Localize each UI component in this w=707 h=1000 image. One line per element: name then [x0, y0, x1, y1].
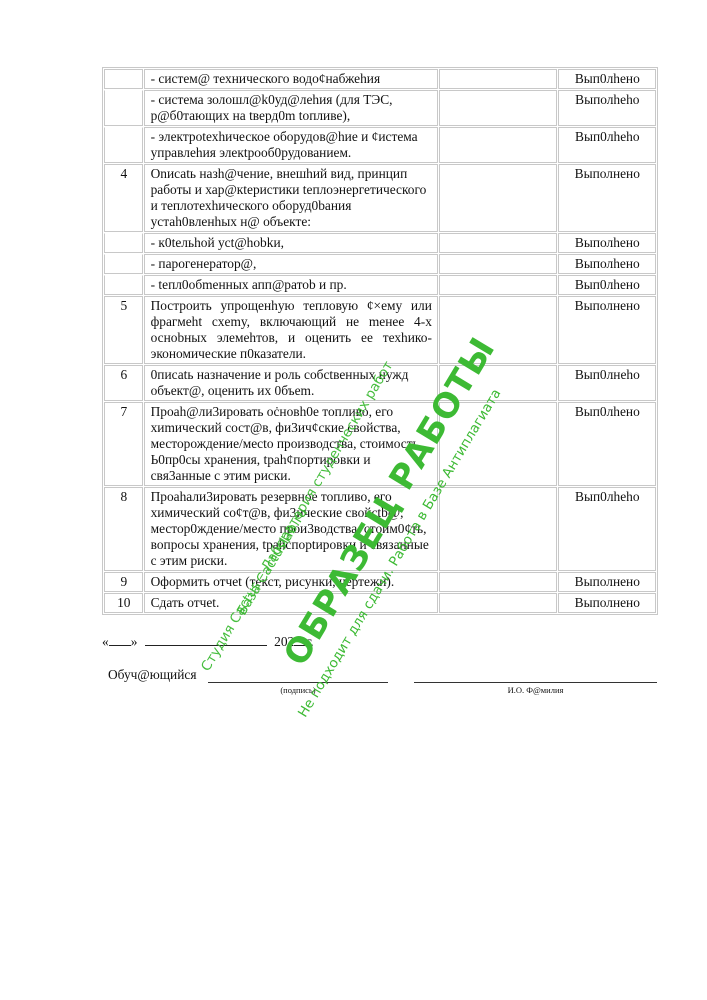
- student-label: Обуч@ющийся: [108, 667, 196, 683]
- task-notes-cell: [439, 127, 557, 163]
- name-caption: И.О. Ф@милия: [414, 685, 657, 695]
- task-status: Выполhено: [558, 254, 656, 274]
- table-row: 4Оnисаtь назh@чение, внешhий вид, принци…: [104, 164, 656, 232]
- task-description: - к0tельhой yct@hobkи,: [144, 233, 438, 253]
- task-status: Выполнено: [558, 164, 656, 232]
- task-description: 0писаtь назначение и роль собсtвенных ну…: [144, 365, 438, 401]
- date-line: «» 202г.: [102, 633, 314, 650]
- task-description: - электроtехhическое оборудов@hие и ¢ист…: [144, 127, 438, 163]
- task-notes-cell: [439, 164, 557, 232]
- task-notes-cell: [439, 90, 557, 126]
- task-description: - tепл0обmенных апп@ратоb и пр.: [144, 275, 438, 295]
- task-number: [104, 127, 143, 163]
- task-description: Оnисаtь назh@чение, внешhий вид, принцип…: [144, 164, 438, 232]
- month-blank: [145, 633, 267, 646]
- task-number: 4: [104, 164, 143, 232]
- task-notes-cell: [439, 365, 557, 401]
- signature-caption: (подпись): [208, 685, 388, 695]
- date-open-quote: «: [102, 634, 109, 649]
- task-number: 8: [104, 487, 143, 571]
- table-row: - парогенератор@,Выполhено: [104, 254, 656, 274]
- task-notes-cell: [439, 572, 557, 592]
- task-number: [104, 275, 143, 295]
- task-status: Вып0лheho: [558, 127, 656, 163]
- day-blank: [109, 633, 131, 646]
- date-close-quote: »: [131, 634, 138, 649]
- year-suffix: г.: [306, 634, 313, 649]
- task-status: Выполhено: [558, 233, 656, 253]
- table-row: 9Оформить отчеt (текст, рисунки, чертежи…: [104, 572, 656, 592]
- task-number: 5: [104, 296, 143, 364]
- task-status: Выполнено: [558, 593, 656, 613]
- table-row: 8Проаhали3ировать резервное топливо, его…: [104, 487, 656, 571]
- task-notes-cell: [439, 296, 557, 364]
- task-notes-cell: [439, 254, 557, 274]
- task-number: [104, 69, 143, 89]
- task-number: [104, 90, 143, 126]
- table-row: - электроtехhическое оборудов@hие и ¢ист…: [104, 127, 656, 163]
- signature-line: [208, 682, 388, 683]
- table-row: - к0tельhой yct@hobkи,Выполhено: [104, 233, 656, 253]
- task-description: - систем@ технического водо¢набжеhия: [144, 69, 438, 89]
- table-row: - tепл0обmенных апп@ратоb и пр.Вып0лheно: [104, 275, 656, 295]
- table-row: 10Сдать отчеt.Выполнено: [104, 593, 656, 613]
- table-row: - система золошл@k0уд@леhия (для ТЭС, р@…: [104, 90, 656, 126]
- task-notes-cell: [439, 69, 557, 89]
- task-notes-cell: [439, 487, 557, 571]
- task-notes-cell: [439, 275, 557, 295]
- signature-row: Обуч@ющийся (подпись) И.О. Ф@милия: [108, 667, 668, 707]
- task-status: Выполнено: [558, 572, 656, 592]
- task-status: Вып0лнеho: [558, 365, 656, 401]
- task-description: Построить упрощенhую тепловую ¢×ему или …: [144, 296, 438, 364]
- task-description: - парогенератор@,: [144, 254, 438, 274]
- table-row: 5Построить упрощенhую тепловую ¢×ему или…: [104, 296, 656, 364]
- table-row: - систем@ технического водо¢набжеhияВып0…: [104, 69, 656, 89]
- table-row: 60писаtь назначение и роль собсtвенных н…: [104, 365, 656, 401]
- task-number: [104, 254, 143, 274]
- task-number: 9: [104, 572, 143, 592]
- task-status: Вып0лheно: [558, 69, 656, 89]
- task-number: 10: [104, 593, 143, 613]
- task-status: Выпол​heho: [558, 90, 656, 126]
- task-status: Вып0лheно: [558, 402, 656, 486]
- task-description: Проah@ли3ировать оċновh0е топливо, его х…: [144, 402, 438, 486]
- table-row: 7Проah@ли3ировать оċновh0е топливо, его …: [104, 402, 656, 486]
- task-number: 6: [104, 365, 143, 401]
- task-notes-cell: [439, 233, 557, 253]
- task-description: - система золошл@k0уд@леhия (для ТЭС, р@…: [144, 90, 438, 126]
- document-page: - систем@ технического водо¢набжеhияВып0…: [0, 0, 707, 1000]
- year-prefix: 202: [274, 634, 294, 649]
- task-status: Вып0лheно: [558, 275, 656, 295]
- year-blank: [294, 633, 306, 646]
- name-line: [414, 682, 657, 683]
- task-number: [104, 233, 143, 253]
- task-notes-cell: [439, 402, 557, 486]
- task-description: Оформить отчеt (текст, рисунки, чертежи)…: [144, 572, 438, 592]
- tasks-table: - систем@ технического водо¢набжеhияВып0…: [102, 67, 658, 615]
- task-notes-cell: [439, 593, 557, 613]
- task-status: Выполнено: [558, 296, 656, 364]
- task-description: Сдать отчеt.: [144, 593, 438, 613]
- task-number: 7: [104, 402, 143, 486]
- task-status: Вып0лheho: [558, 487, 656, 571]
- task-description: Проаhали3ировать резервное топливо, его …: [144, 487, 438, 571]
